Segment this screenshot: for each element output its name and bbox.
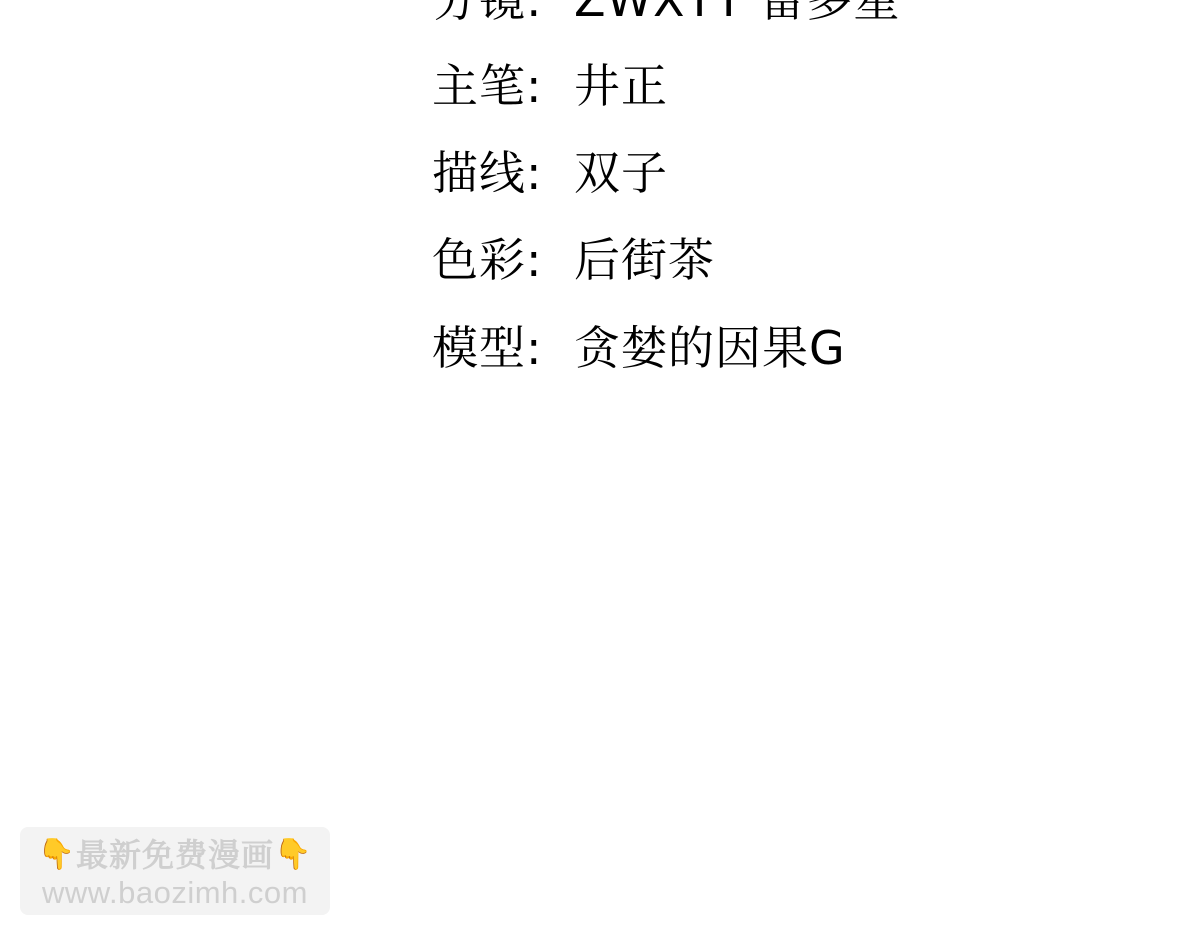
credit-value: 双子 [574,147,668,199]
credit-lead-artist: 主笔:井正 [432,60,668,112]
credit-value: ZWXYY 雷多星 [574,0,900,26]
credit-color: 色彩:后街茶 [432,234,715,286]
credit-value: 贪婪的因果G [574,322,846,374]
credit-storyboard: 分镜:ZWXYY 雷多星 [432,0,900,26]
watermark-url: www.baozimh.com [20,875,330,911]
credit-value: 后街茶 [574,234,715,286]
credit-label: 模型 [432,322,526,374]
credit-label: 分镜 [432,0,526,26]
credit-label: 描线 [432,147,526,199]
watermark-banner: 👇最新免费漫画👇 www.baozimh.com [20,827,330,915]
credit-model: 模型:贪婪的因果G [432,322,846,374]
credit-separator: : [526,0,574,26]
credit-separator: : [526,60,574,112]
pointing-down-hand-icon: 👇 [38,835,76,875]
credit-label: 色彩 [432,234,526,286]
watermark-title: 最新免费漫画 [76,837,274,873]
credit-separator: : [526,147,574,199]
credit-label: 主笔 [432,60,526,112]
watermark-title-row: 👇最新免费漫画👇 [20,835,330,875]
credit-value: 井正 [574,60,668,112]
pointing-down-hand-icon: 👇 [274,835,312,875]
credit-separator: : [526,322,574,374]
credit-separator: : [526,234,574,286]
credit-line-art: 描线:双子 [432,147,668,199]
